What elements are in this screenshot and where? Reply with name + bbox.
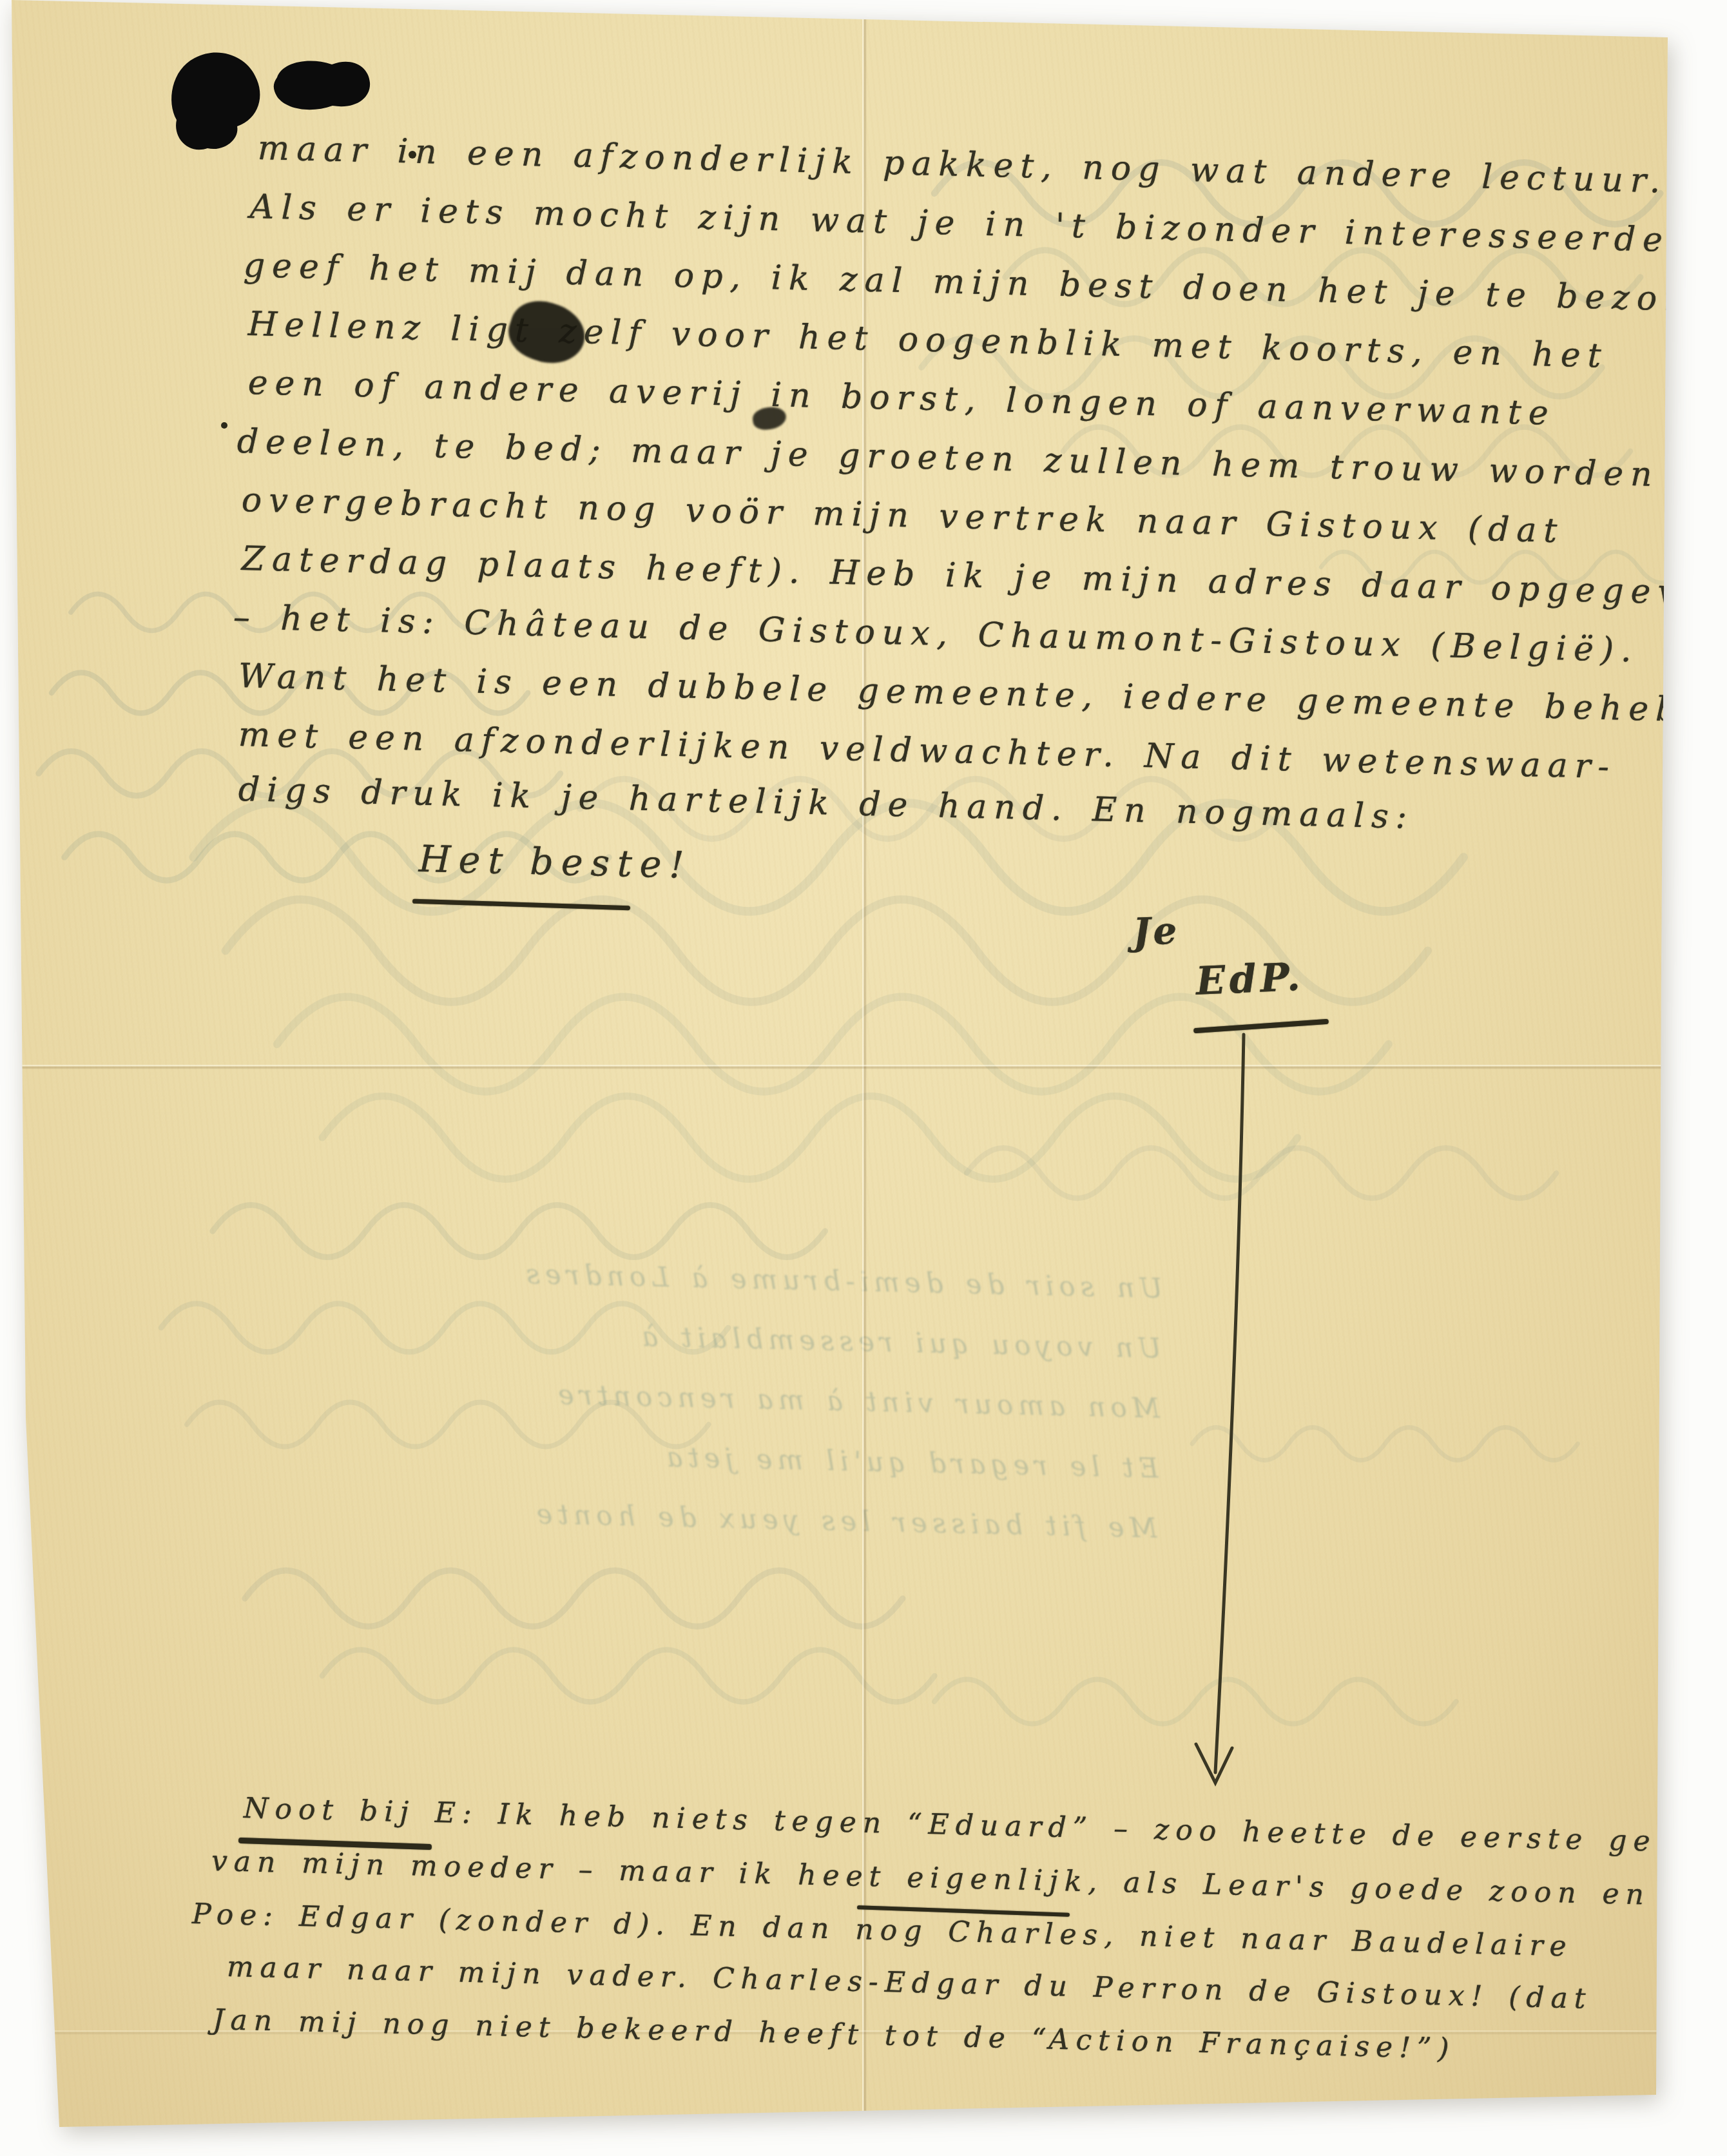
redaction-blob-right [274, 61, 370, 110]
paper-shadow-wrap: Un soir de demi-brume à Londres Un voyou… [0, 0, 1727, 2156]
bleedthrough-poem: Un soir de demi-brume à Londres Un voyou… [448, 1243, 1163, 1559]
letter-line-7: overgebracht nog voör mijn vertrek naar … [241, 481, 1565, 550]
note-line-4: maar naar mijn vader. Charles-Edgar du P… [226, 1950, 1592, 2015]
arrowhead [1196, 1744, 1232, 1783]
salutation-underline [412, 899, 630, 911]
letter-line-10: Want het is een dubbele gemeente, iedere… [238, 657, 1705, 730]
letter-line-9: – het is: Château de Gistoux, Chaumont-G… [233, 598, 1639, 670]
scanner-background: Un soir de demi-brume à Londres Un voyou… [0, 0, 1727, 2156]
closing-salutation: Het beste! [418, 838, 692, 887]
redaction-blob-left [171, 53, 260, 150]
note-line-1: Noot bij E: Ik heb niets tegen “Eduard” … [243, 1792, 1727, 1860]
letter-line-6: deelen, te bed; maar je groeten zullen h… [236, 422, 1659, 494]
letter-line-5: een of andere averij in borst, longen of… [247, 364, 1556, 433]
correction-ink-blot [502, 293, 593, 373]
letter-line-8: Zaterdag plaats heeft). Heb ik je mijn a… [241, 539, 1727, 614]
signature-underline [1193, 1019, 1329, 1034]
margin-dot [221, 422, 227, 429]
letter-line-4: Hellenz ligt zelf voor het oogenblik met… [247, 305, 1608, 376]
letter-page: Un soir de demi-brume à Londres Un voyou… [0, 0, 1727, 2156]
letter-line-2: Als er iets mocht zijn wat je in 't bizo… [249, 188, 1688, 260]
closing-pre-signature: Je [1132, 908, 1181, 953]
letter-line-12: digs druk ik je hartelijk de hand. En no… [238, 770, 1414, 837]
note-line-2: van mijn moeder – maar ik heet eigenlijk… [211, 1845, 1650, 1912]
horizontal-fold-crease [0, 1065, 1727, 1069]
signature: EdP. [1195, 955, 1305, 1004]
letter-line-1: maar in een afzonderlijk pakket, nog wat… [257, 129, 1668, 201]
note-line-5: Jan mij nog niet bekeerd heeft tot de “A… [212, 2003, 1456, 2065]
